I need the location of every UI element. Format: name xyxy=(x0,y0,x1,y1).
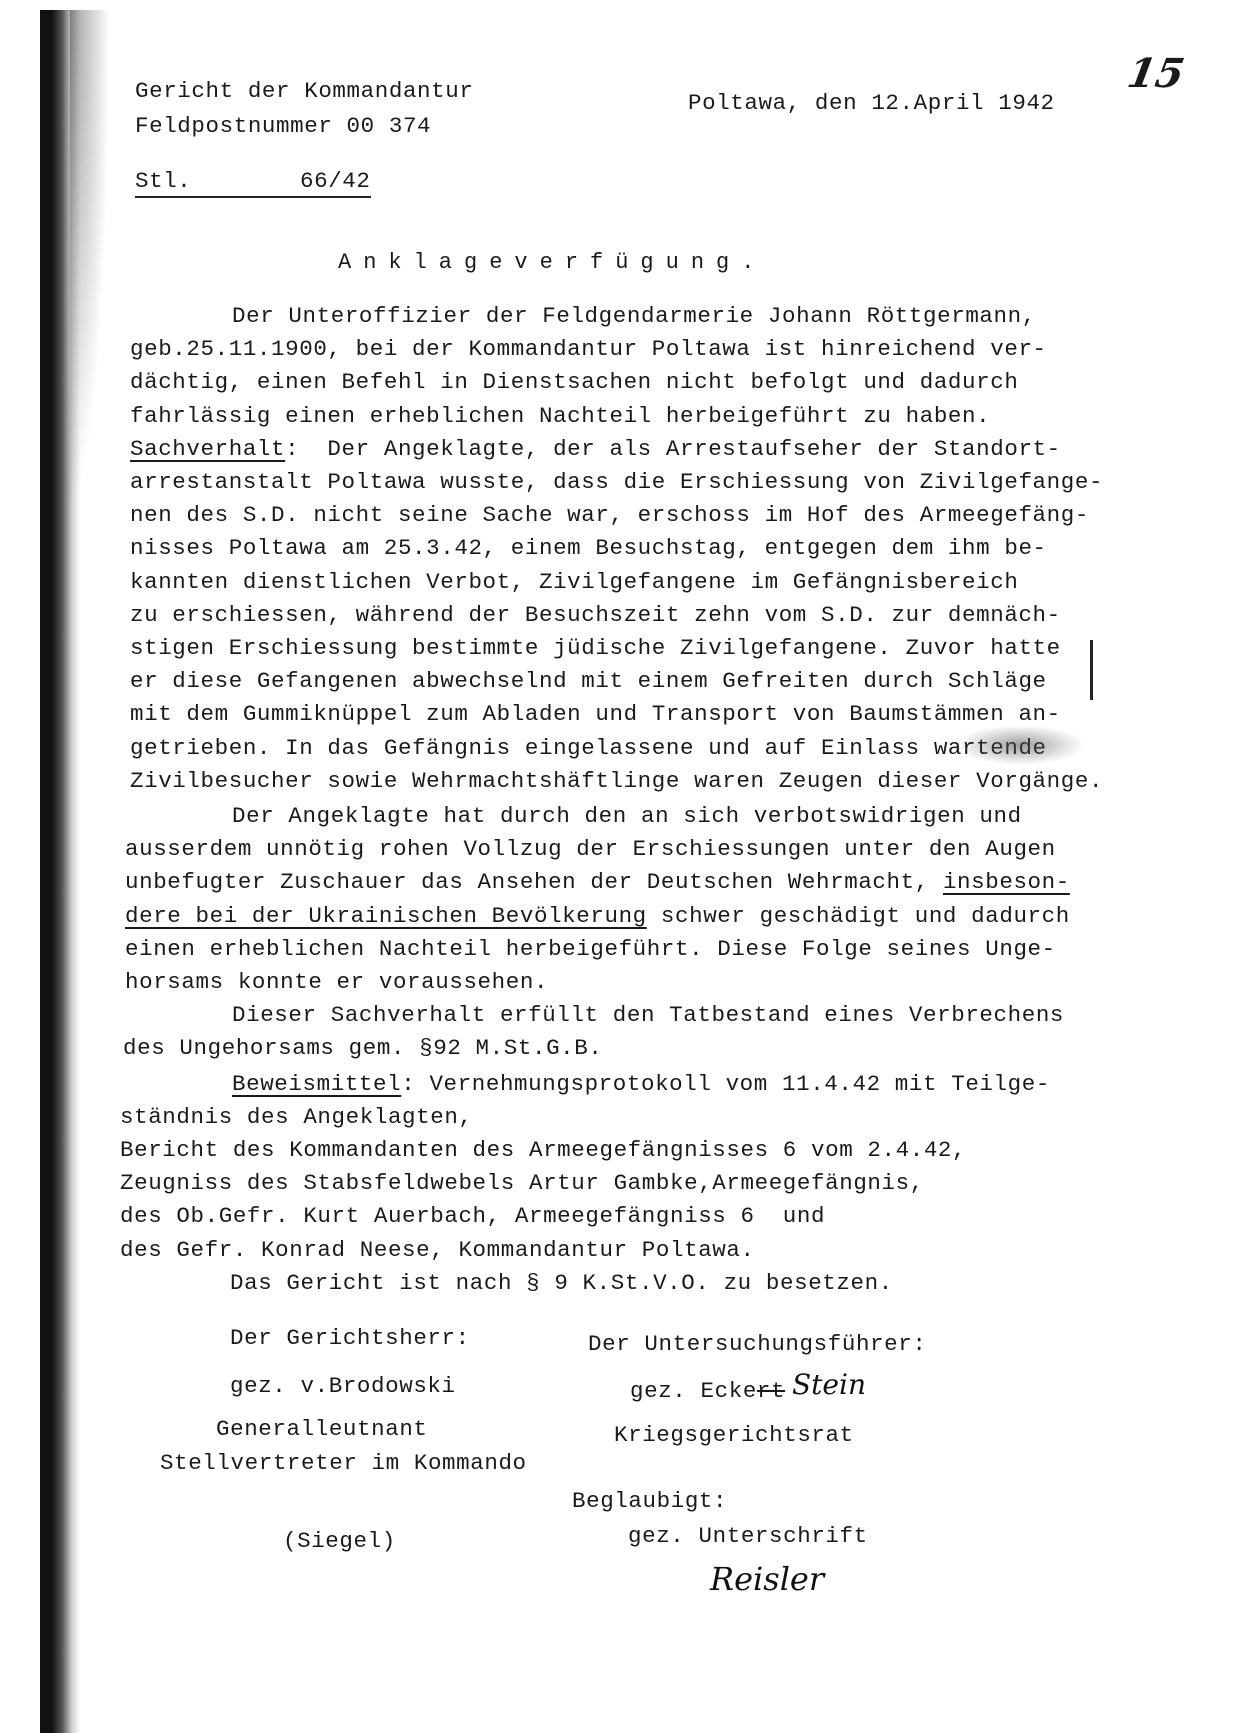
body-line: kannten dienstlichen Verbot, Zivilgefang… xyxy=(130,571,1018,594)
body-line: stigen Erschiessung bestimmte jüdische Z… xyxy=(130,637,1061,660)
body-line: Der Angeklagte hat durch den an sich ver… xyxy=(232,805,1022,828)
court-lord-title: Stellvertreter im Kommando xyxy=(160,1452,527,1475)
body-line: Der Unteroffizier der Feldgendarmerie Jo… xyxy=(232,305,1036,328)
body-line: des Ungehorsams gem. §92 M.St.G.B. xyxy=(123,1037,602,1060)
struck-letters: rt xyxy=(757,1378,785,1404)
body-line: des Gefr. Konrad Neese, Kommandantur Pol… xyxy=(120,1239,755,1262)
sachverhalt-label: Sachverhalt xyxy=(130,436,285,462)
body-line: geb.25.11.1900, bei der Kommandantur Pol… xyxy=(130,338,1047,361)
place-date: Poltawa, den 12.April 1942 xyxy=(688,92,1055,115)
certified-signature: gez. Unterschrift xyxy=(628,1525,868,1548)
underlined-phrase: insbeson- xyxy=(943,869,1070,895)
body-line: nen des S.D. nicht seine Sache war, ersc… xyxy=(130,504,1089,527)
body-line: Sachverhalt: Der Angeklagte, der als Arr… xyxy=(130,438,1061,461)
document-title: Anklageverfügung. xyxy=(338,252,766,274)
seal-note: (Siegel) xyxy=(283,1530,396,1553)
beweismittel-label: Beweismittel xyxy=(232,1071,401,1097)
handwritten-correction: Stein xyxy=(792,1368,866,1401)
body-line: mit dem Gummiknüppel zum Abladen und Tra… xyxy=(130,703,1061,726)
body-line: zu erschiessen, während der Besuchszeit … xyxy=(130,604,1061,627)
body-line: getrieben. In das Gefängnis eingelassene… xyxy=(130,737,1047,760)
underlined-phrase: dere bei der Ukrainischen Bevölkerung xyxy=(125,903,647,929)
investigator-name: gez. Ecke xyxy=(630,1378,757,1404)
body-line: ständnis des Angeklagten, xyxy=(120,1106,473,1129)
body-line: unbefugter Zuschauer das Ansehen der Deu… xyxy=(125,871,1070,894)
body-line: des Ob.Gefr. Kurt Auerbach, Armeegefängn… xyxy=(120,1205,825,1228)
body-line: einen erheblichen Nachteil herbeigeführt… xyxy=(125,938,1056,961)
court-lord-signature: gez. v.Brodowski xyxy=(230,1375,456,1398)
certified-label: Beglaubigt: xyxy=(572,1490,727,1513)
body-line: Das Gericht ist nach § 9 K.St.V.O. zu be… xyxy=(230,1272,893,1295)
court-lord-rank: Generalleutnant xyxy=(216,1418,428,1441)
body-line: fahrlässig einen erheblichen Nachteil he… xyxy=(130,405,990,428)
reference-underline xyxy=(135,196,371,198)
body-line: Beweismittel: Vernehmungsprotokoll vom 1… xyxy=(232,1073,1050,1096)
body-line: ausserdem unnötig rohen Vollzug der Ersc… xyxy=(125,838,1056,861)
issuer-name: Gericht der Kommandantur xyxy=(135,80,473,103)
body-line: Zeugniss des Stabsfeldwebels Artur Gambk… xyxy=(120,1172,924,1195)
body-line: arrestanstalt Poltawa wusste, dass die E… xyxy=(130,471,1103,494)
investigator-label: Der Untersuchungsführer: xyxy=(588,1333,926,1356)
investigator-title: Kriegsgerichtsrat xyxy=(614,1424,854,1447)
handwritten-page-number: 15 xyxy=(1124,50,1188,97)
field-post-number: Feldpostnummer 00 374 xyxy=(135,115,431,138)
handwritten-signature: Reisler xyxy=(710,1560,824,1598)
body-line: er diese Gefangenen abwechselnd mit eine… xyxy=(130,670,1047,693)
court-lord-label: Der Gerichtsherr: xyxy=(230,1327,470,1350)
body-line: Dieser Sachverhalt erfüllt den Tatbestan… xyxy=(232,1004,1064,1027)
body-line: dere bei der Ukrainischen Bevölkerung sc… xyxy=(125,905,1070,928)
margin-mark xyxy=(1090,640,1093,700)
scan-noise xyxy=(70,10,110,510)
body-line: horsams konnte er voraussehen. xyxy=(125,971,548,994)
ink-smudge xyxy=(955,725,1085,765)
body-line: dächtig, einen Befehl in Dienstsachen ni… xyxy=(130,371,1018,394)
body-line: nisses Poltawa am 25.3.42, einem Besuchs… xyxy=(130,537,1047,560)
body-line: Zivilbesucher sowie Wehrmachtshäftlinge … xyxy=(130,770,1103,793)
investigator-signature: gez. Eckert xyxy=(630,1380,785,1403)
reference-number: 66/42 xyxy=(300,170,371,193)
reference-label: Stl. xyxy=(135,170,191,193)
body-line: Bericht des Kommandanten des Armeegefäng… xyxy=(120,1139,966,1162)
